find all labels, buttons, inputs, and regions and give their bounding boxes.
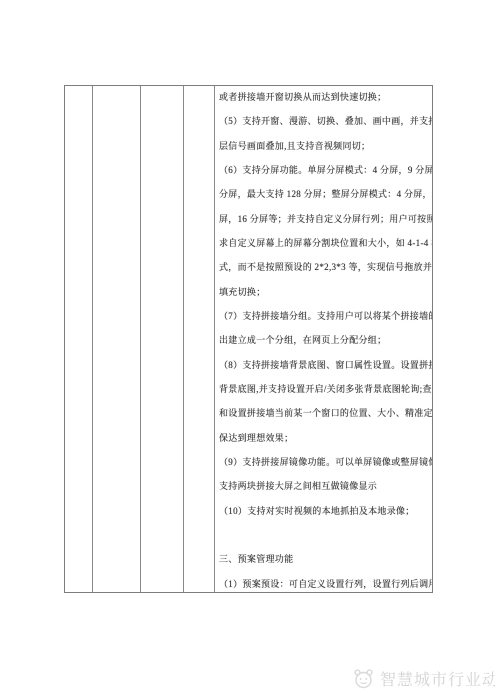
spec-text-line: （9）支持拼接屏镜像功能。可以单屏镜像或整屏镜像， — [219, 456, 432, 480]
spec-text-line: 填充切换； — [219, 286, 432, 310]
spec-text-line: （8）支持拼接墙背景底图、窗口属性设置。设置拼接墙 — [219, 359, 432, 383]
watermark-text: 智慧城市行业动态 — [380, 667, 495, 690]
spec-text-line: 保达到理想效果； — [219, 432, 432, 456]
spec-text-line: 或者拼接墙开窗切换从而达到快速切换； — [219, 91, 432, 115]
spec-text-line: 出建立成一个分组，在网页上分配分组； — [219, 334, 432, 358]
spec-text-line: 式，而不是按照预设的 2*2,3*3 等，实现信号拖放并快速 — [219, 261, 432, 285]
spec-text-line: （5）支持开窗、漫游、切换、叠加、画中画，并支持 16 — [219, 115, 432, 139]
mascot-face-icon — [352, 667, 375, 690]
spec-table: 或者拼接墙开窗切换从而达到快速切换； （5）支持开窗、漫游、切换、叠加、画中画，… — [64, 85, 433, 593]
spec-text-line: （7）支持拼接墙分组。支持用户可以将某个拼接墙的输 — [219, 310, 432, 334]
spec-text-line: 和设置拼接墙当前某一个窗口的位置、大小、精准定位确 — [219, 407, 432, 431]
document-page: 或者拼接墙开窗切换从而达到快速切换； （5）支持开窗、漫游、切换、叠加、画中画，… — [0, 0, 495, 700]
spec-text-line: 背景底图,并支持设置开启/关闭多张背景底图轮询;查看 — [219, 383, 432, 407]
table-empty-column-4 — [184, 86, 215, 592]
spec-text-blank-line — [219, 529, 432, 553]
spec-text-line: 屏，16 分屏等；并支持自定义分屏行列；用户可按照需 — [219, 213, 432, 237]
spec-text-line: （10）支持对实时视频的本地抓拍及本地录像； — [219, 505, 432, 529]
spec-text-line: 分屏，最大支持 128 分屏；整屏分屏模式：4 分屏，9 分 — [219, 188, 432, 212]
spec-text-line: （6）支持分屏功能。单屏分屏模式：4 分屏，9 分屏，16 — [219, 164, 432, 188]
spec-text-line: 求自定义屏幕上的屏幕分割块位置和大小，如 4-1-4 模 — [219, 237, 432, 261]
spec-text-line: （1）预案预设：可自定义设置行列，设置行列后调用预 — [219, 578, 432, 592]
spec-section-heading: 三、预案管理功能 — [219, 553, 432, 577]
spec-text-cell: 或者拼接墙开窗切换从而达到快速切换； （5）支持开窗、漫游、切换、叠加、画中画，… — [215, 86, 432, 592]
watermark: 智慧城市行业动态 — [352, 665, 495, 691]
table-empty-column-2 — [93, 86, 141, 592]
spec-text-line: 层信号画面叠加,且支持音视频同切； — [219, 140, 432, 164]
table-empty-column-3 — [141, 86, 184, 592]
spec-text-line: 支持两块拼接大屏之间相互做镜像显示 — [219, 480, 432, 504]
table-empty-column-1 — [65, 86, 93, 592]
